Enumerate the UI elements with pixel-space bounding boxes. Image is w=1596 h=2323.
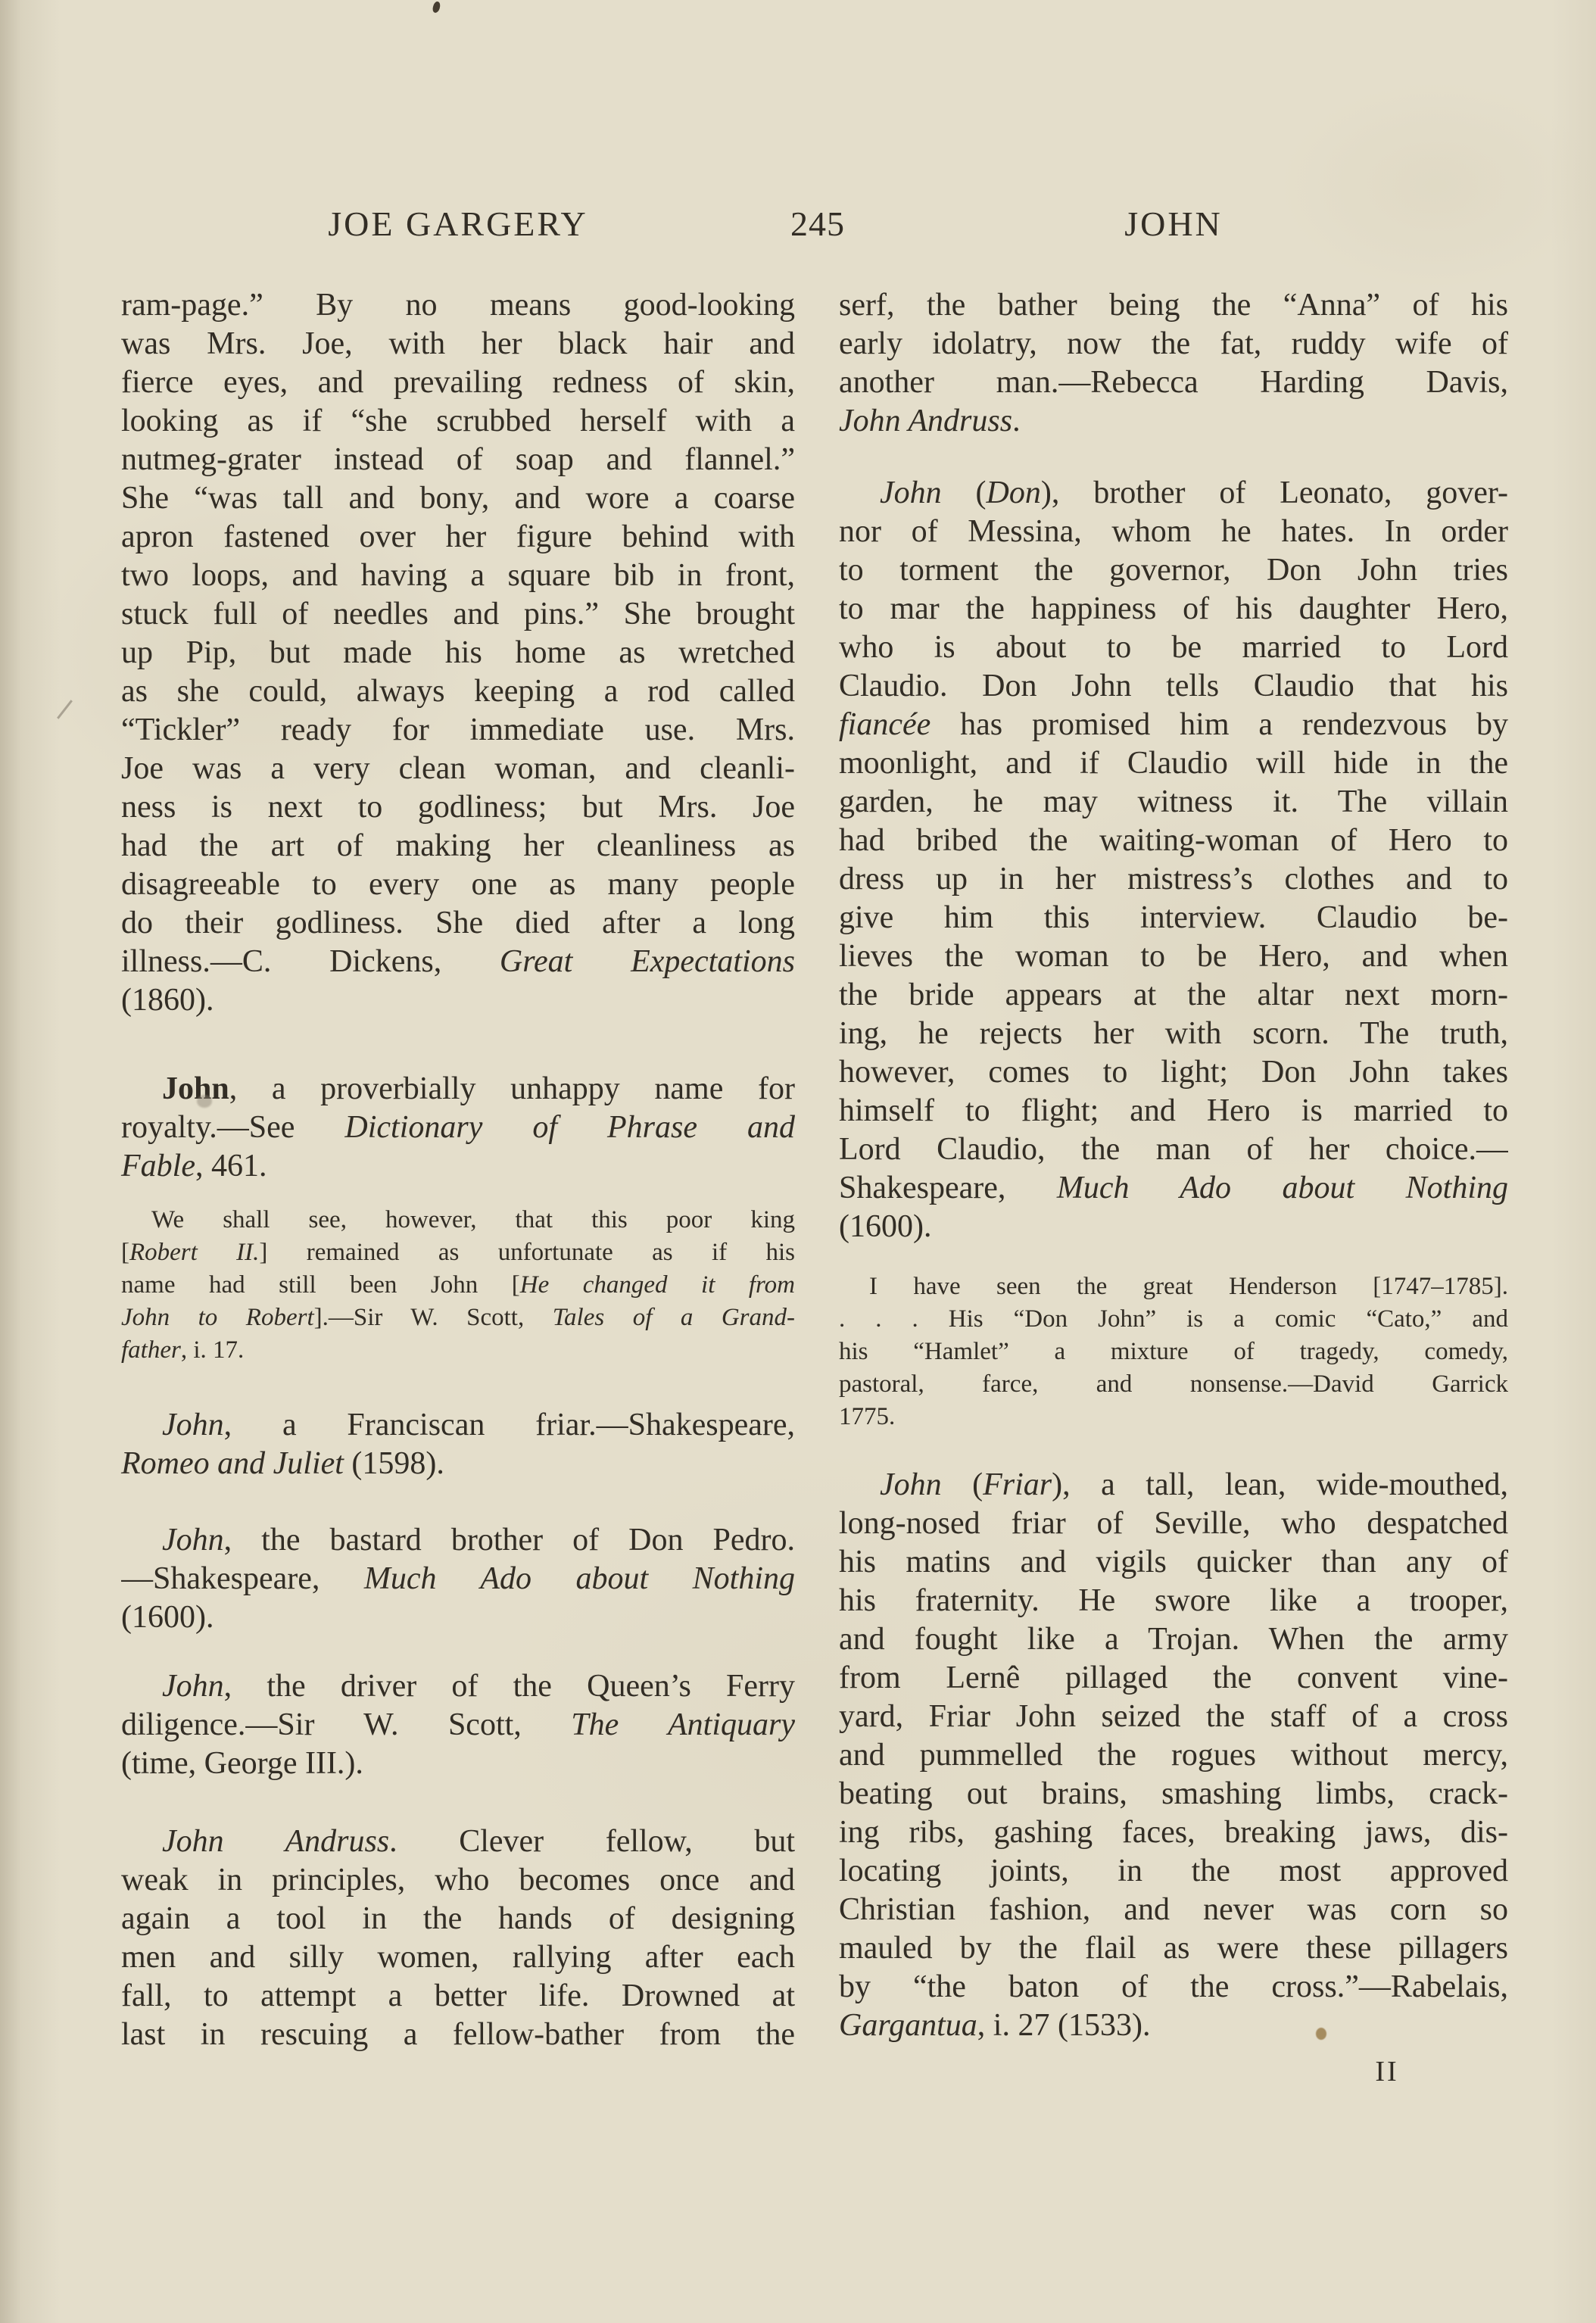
text-line: the bride appears at the altar next morn… — [839, 976, 1508, 1015]
text-line: Shakespeare, Much Ado about Nothing — [839, 1169, 1508, 1208]
running-head-verso-title: JOE GARGERY — [121, 207, 795, 242]
paragraph: We shall see, however, that this poor ki… — [121, 1204, 795, 1367]
text-line: (1860). — [121, 981, 795, 1020]
text-line: up Pip, but made his home as wretched — [121, 634, 795, 672]
running-head-recto-title: JOHN — [839, 207, 1508, 242]
text-line: long-nosed friar of Seville, who despatc… — [839, 1504, 1508, 1543]
text-line: his “Hamlet” a mixture of tragedy, comed… — [839, 1336, 1508, 1368]
text-line: to torment the governor, Don John tries — [839, 551, 1508, 590]
paragraph: John, a proverbially unhappy name forroy… — [121, 1070, 795, 1186]
text-line: men and silly women, rallying after each — [121, 1938, 795, 1977]
text-line: Fable, 461. — [121, 1147, 795, 1186]
signature-mark: II — [1342, 2055, 1432, 2088]
foxing-spot — [1316, 2028, 1326, 2040]
text-line: had bribed the waiting-woman of Hero to — [839, 822, 1508, 860]
text-line: John (Don), brother of Leonato, gover- — [839, 474, 1508, 513]
text-line: had the art of making her cleanliness as — [121, 827, 795, 865]
book-page: JOE GARGERY 245 JOHN ram-page.” By no me… — [0, 0, 1596, 2323]
text-line: moonlight, and if Claudio will hide in t… — [839, 744, 1508, 783]
text-line: two loops, and having a square bib in fr… — [121, 557, 795, 595]
text-line: serf, the bather being the “Anna” of his — [839, 286, 1508, 325]
text-line: ram-page.” By no means good-looking — [121, 286, 795, 325]
text-line: to mar the happiness of his daughter Her… — [839, 590, 1508, 628]
paragraph: John, a Franciscan friar.—Shakespeare,Ro… — [121, 1406, 795, 1483]
text-line: and pummelled the rogues without mercy, — [839, 1736, 1508, 1775]
text-line: . . . His “Don John” is a comic “Cato,” … — [839, 1303, 1508, 1336]
text-line: however, comes to light; Don John takes — [839, 1053, 1508, 1092]
text-line: nor of Messina, whom he hates. In order — [839, 513, 1508, 551]
paper-smudge — [197, 1095, 212, 1108]
text-line: Gargantua, i. 27 (1533). — [839, 2007, 1508, 2045]
text-line: John Andruss. Clever fellow, but — [121, 1823, 795, 1861]
text-line: locating joints, in the most approved — [839, 1852, 1508, 1891]
paragraph: John, the bastard brother of Don Pedro.—… — [121, 1521, 795, 1637]
text-line: illness.—C. Dickens, Great Expectations — [121, 943, 795, 981]
text-line: John (Friar), a tall, lean, wide-mouthed… — [839, 1466, 1508, 1504]
text-line: dress up in her mistress’s clothes and t… — [839, 860, 1508, 899]
text-line: Christian fashion, and never was corn so — [839, 1891, 1508, 1929]
text-line: John, a proverbially unhappy name for — [121, 1070, 795, 1108]
paragraph: ram-page.” By no means good-lookingwas M… — [121, 286, 795, 1020]
paragraph: serf, the bather being the “Anna” of his… — [839, 286, 1508, 441]
text-line: weak in principles, who becomes once and — [121, 1861, 795, 1900]
text-line: looking as if “she scrubbed herself with… — [121, 402, 795, 441]
text-line: beating out brains, smashing limbs, crac… — [839, 1775, 1508, 1813]
text-line: fall, to attempt a better life. Drowned … — [121, 1977, 795, 2016]
text-line: John Andruss. — [839, 402, 1508, 441]
paragraph: John (Friar), a tall, lean, wide-mouthed… — [839, 1466, 1508, 2045]
text-line: royalty.—See Dictionary of Phrase and — [121, 1108, 795, 1147]
left-column: ram-page.” By no means good-lookingwas M… — [121, 286, 795, 2054]
text-line: father, i. 17. — [121, 1334, 795, 1367]
text-line: ing ribs, gashing faces, breaking jaws, … — [839, 1813, 1508, 1852]
text-line: do their godliness. She died after a lon… — [121, 904, 795, 943]
right-column: serf, the bather being the “Anna” of his… — [839, 286, 1508, 2045]
text-line: ing, he rejects her with scorn. The trut… — [839, 1015, 1508, 1053]
paragraph: John (Don), brother of Leonato, gover-no… — [839, 474, 1508, 1246]
text-line: John to Robert].—Sir W. Scott, Tales of … — [121, 1302, 795, 1334]
text-line: his matins and vigils quicker than any o… — [839, 1543, 1508, 1582]
text-line: who is about to be married to Lord — [839, 628, 1508, 667]
text-line: last in rescuing a fellow-bather from th… — [121, 2016, 795, 2054]
text-line: apron fastened over her figure behind wi… — [121, 518, 795, 557]
text-line: 1775. — [839, 1401, 1508, 1433]
text-line: name had still been John [He changed it … — [121, 1269, 795, 1302]
text-line: lieves the woman to be Hero, and when — [839, 937, 1508, 976]
text-line: pastoral, farce, and nonsense.—David Gar… — [839, 1368, 1508, 1401]
text-line: as she could, always keeping a rod calle… — [121, 672, 795, 711]
text-line: “Tickler” ready for immediate use. Mrs. — [121, 711, 795, 750]
text-line: himself to flight; and Hero is married t… — [839, 1092, 1508, 1130]
text-line: Lord Claudio, the man of her choice.— — [839, 1130, 1508, 1169]
text-line: was Mrs. Joe, with her black hair and — [121, 325, 795, 363]
text-line: another man.—Rebecca Harding Davis, — [839, 363, 1508, 402]
paper-mark — [57, 700, 73, 719]
paragraph: I have seen the great Henderson [1747–17… — [839, 1271, 1508, 1433]
text-line: mauled by the flail as were these pillag… — [839, 1929, 1508, 1968]
text-line: stuck full of needles and pins.” She bro… — [121, 595, 795, 634]
text-line: (1600). — [121, 1598, 795, 1637]
text-line: She “was tall and bony, and wore a coars… — [121, 479, 795, 518]
text-line: early idolatry, now the fat, ruddy wife … — [839, 325, 1508, 363]
text-line: garden, he may witness it. The villain — [839, 783, 1508, 822]
text-line: nutmeg-grater instead of soap and flanne… — [121, 441, 795, 479]
text-line: Claudio. Don John tells Claudio that his — [839, 667, 1508, 706]
text-line: (time, George III.). — [121, 1745, 795, 1783]
text-line: his fraternity. He swore like a trooper, — [839, 1582, 1508, 1620]
running-head: JOE GARGERY 245 JOHN — [0, 207, 1596, 252]
text-line: ness is next to godliness; but Mrs. Joe — [121, 788, 795, 827]
text-line: and fought like a Trojan. When the army — [839, 1620, 1508, 1659]
text-line: fiancée has promised him a rendezvous by — [839, 706, 1508, 744]
paragraph: John, the driver of the Queen’s Ferrydil… — [121, 1667, 795, 1783]
text-line: again a tool in the hands of designing — [121, 1900, 795, 1938]
text-line: by “the baton of the cross.”—Rabelais, — [839, 1968, 1508, 2007]
text-line: disagreeable to every one as many people — [121, 865, 795, 904]
text-line: from Lernê pillaged the convent vine- — [839, 1659, 1508, 1698]
text-line: —Shakespeare, Much Ado about Nothing — [121, 1560, 795, 1598]
text-line: We shall see, however, that this poor ki… — [121, 1204, 795, 1236]
text-line: John, a Franciscan friar.—Shakespeare, — [121, 1406, 795, 1445]
text-line: Joe was a very clean woman, and cleanli- — [121, 750, 795, 788]
paper-speck — [432, 1, 441, 14]
text-line: give him this interview. Claudio be- — [839, 899, 1508, 937]
text-line: yard, Friar John seized the staff of a c… — [839, 1698, 1508, 1736]
text-line: fierce eyes, and prevailing redness of s… — [121, 363, 795, 402]
text-line: I have seen the great Henderson [1747–17… — [839, 1271, 1508, 1303]
text-line: [Robert II.] remained as unfortunate as … — [121, 1236, 795, 1269]
paragraph: John Andruss. Clever fellow, butweak in … — [121, 1823, 795, 2054]
text-line: John, the driver of the Queen’s Ferry — [121, 1667, 795, 1706]
text-line: Romeo and Juliet (1598). — [121, 1445, 795, 1483]
text-line: (1600). — [839, 1208, 1508, 1246]
text-line: diligence.—Sir W. Scott, The Antiquary — [121, 1706, 795, 1745]
text-line: John, the bastard brother of Don Pedro. — [121, 1521, 795, 1560]
